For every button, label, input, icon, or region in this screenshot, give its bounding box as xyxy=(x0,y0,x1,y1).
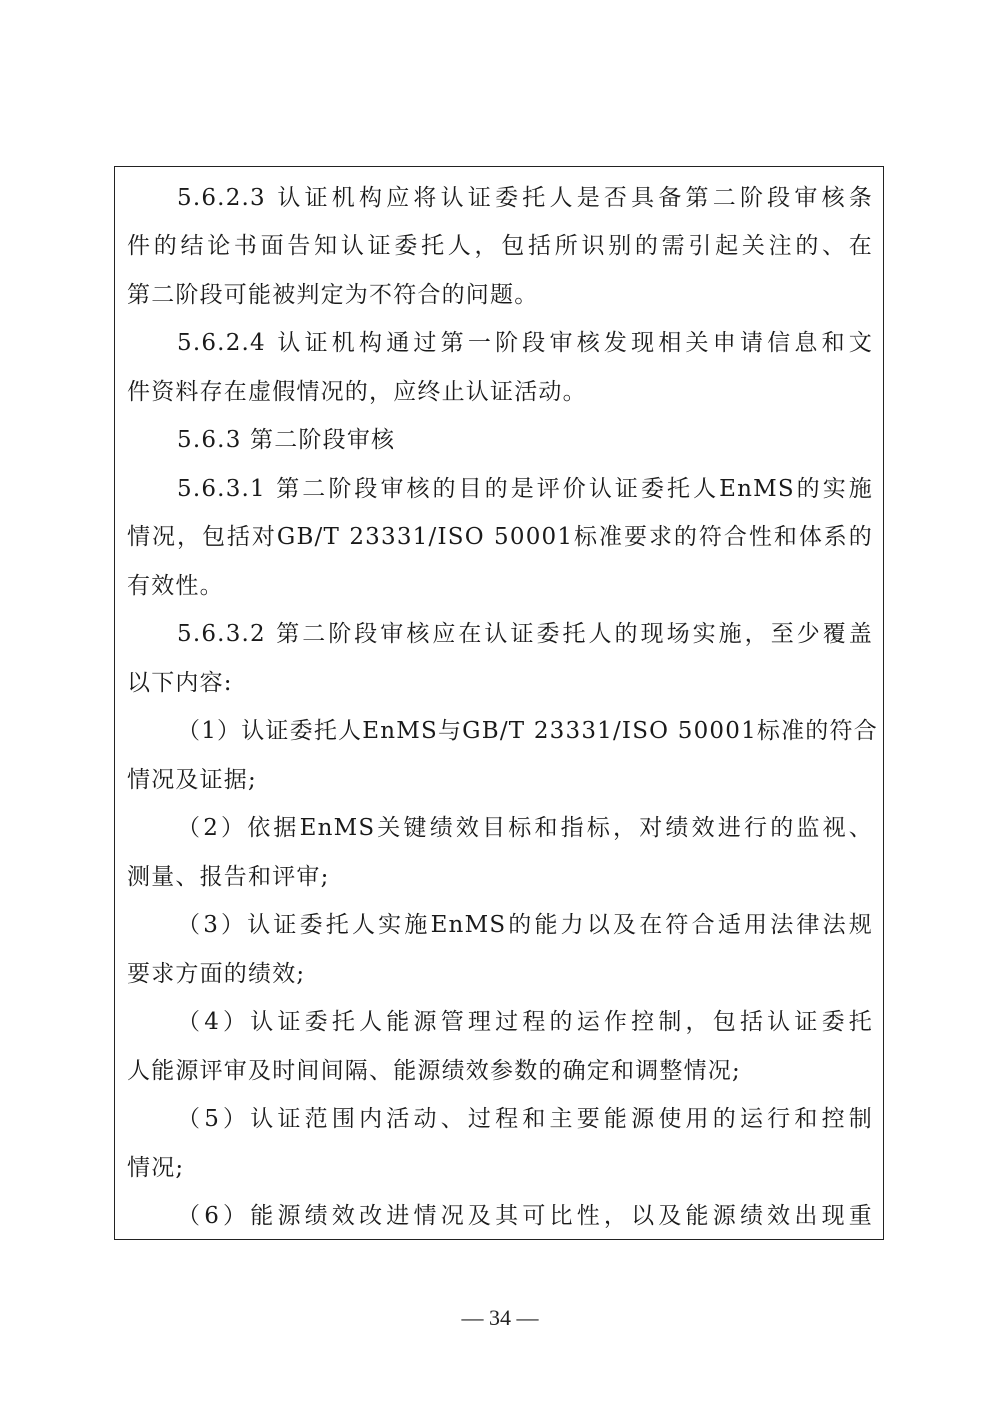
paragraph-5-6-3-1-line-1: 5.6.3.1 第二阶段审核的目的是评价认证委托人EnMS的实施 xyxy=(177,465,873,513)
paragraph-5-6-2-4-line-2: 件资料存在虚假情况的，应终止认证活动。 xyxy=(127,368,873,416)
list-item-5-line-2: 情况; xyxy=(127,1144,873,1192)
list-item-2-line-1: （2）依据EnMS关键绩效目标和指标，对绩效进行的监视、 xyxy=(177,804,873,852)
paragraph-5-6-3-2-line-1: 5.6.3.2 第二阶段审核应在认证委托人的现场实施，至少覆盖 xyxy=(177,610,873,658)
list-item-3-line-1: （3）认证委托人实施EnMS的能力以及在符合适用法律法规 xyxy=(177,901,873,949)
list-item-2-line-2: 测量、报告和评审; xyxy=(127,853,873,901)
list-item-4-line-2: 人能源评审及时间间隔、能源绩效参数的确定和调整情况; xyxy=(127,1047,873,1095)
list-item-6-line-1: （6）能源绩效改进情况及其可比性，以及能源绩效出现重 xyxy=(177,1192,873,1240)
paragraph-5-6-3-1-line-3: 有效性。 xyxy=(127,562,873,610)
paragraph-5-6-2-3-line-3: 第二阶段可能被判定为不符合的问题。 xyxy=(127,271,873,319)
paragraph-5-6-2-3-line-2: 件的结论书面告知认证委托人，包括所识别的需引起关注的、在 xyxy=(127,222,873,270)
paragraph-5-6-2-3-line-1: 5.6.2.3 认证机构应将认证委托人是否具备第二阶段审核条 xyxy=(177,174,873,222)
page-number: — 34 — xyxy=(0,1302,1000,1334)
paragraph-5-6-3-1-line-2: 情况，包括对GB/T 23331/ISO 50001标准要求的符合性和体系的 xyxy=(127,513,873,561)
list-item-4-line-1: （4）认证委托人能源管理过程的运作控制，包括认证委托 xyxy=(177,998,873,1046)
list-item-1-line-1: （1）认证委托人EnMS与GB/T 23331/ISO 50001标准的符合 xyxy=(177,707,873,755)
paragraph-5-6-2-4-line-1: 5.6.2.4 认证机构通过第一阶段审核发现相关申请信息和文 xyxy=(177,319,873,367)
list-item-1-line-2: 情况及证据; xyxy=(127,756,873,804)
paragraph-5-6-3-2-line-2: 以下内容: xyxy=(127,659,873,707)
section-heading-5-6-3: 5.6.3 第二阶段审核 xyxy=(177,416,873,464)
list-item-5-line-1: （5）认证范围内活动、过程和主要能源使用的运行和控制 xyxy=(177,1095,873,1143)
content-frame: 5.6.2.3 认证机构应将认证委托人是否具备第二阶段审核条 件的结论书面告知认… xyxy=(114,166,884,1240)
list-item-3-line-2: 要求方面的绩效; xyxy=(127,950,873,998)
